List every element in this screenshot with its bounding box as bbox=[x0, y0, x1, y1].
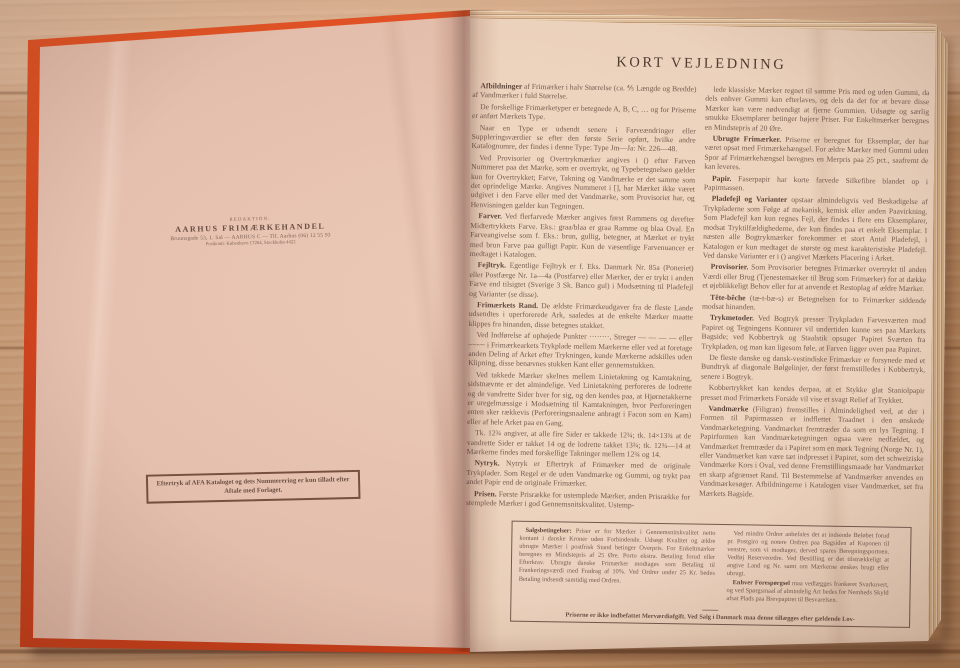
terms-columns: Salgsbetingelser: Priser er for Mærker i… bbox=[518, 527, 903, 606]
paragraph: Naar en Type er udsendt senere i Farveæn… bbox=[471, 123, 695, 155]
sales-terms-box: Salgsbetingelser: Priser er for Mærker i… bbox=[510, 521, 912, 628]
paragraph: Papir. Faserpapir har korte farvede Silk… bbox=[704, 173, 928, 195]
right-page-content: KORT VEJLEDNING Afbildninger af Frimærke… bbox=[466, 52, 930, 517]
paragraph: Enhver Forespørgsel maa vedlægges franke… bbox=[726, 579, 888, 606]
guide-column-right: lede klassiske Mærker regnet til samme P… bbox=[699, 85, 930, 517]
photo-of-open-catalogue: REDAKTION: AARHUS FRIMÆRKEHANDEL Bruunsg… bbox=[0, 0, 960, 668]
terms-column-right: Ved mindre Ordrer anbefales det at indse… bbox=[726, 530, 889, 605]
copyright-notice-text: Eftertryk af AFA Kataloget og dets Numme… bbox=[157, 476, 350, 494]
paragraph: Tête-bêche (tæ-t-bæ-s) er Betegnelsen fo… bbox=[702, 292, 926, 314]
copyright-notice-box: Eftertryk af AFA Kataloget og dets Numme… bbox=[146, 470, 361, 504]
paragraph: De fleste danske og dansk-vestindiske Fr… bbox=[701, 353, 925, 385]
paragraph: lede klassiske Mærker regnet til samme P… bbox=[705, 85, 930, 136]
paragraph: Ubrugte Frimærker. Priserne er beregnet … bbox=[704, 134, 929, 175]
paragraph: Ved mindre Ordrer anbefales det at indse… bbox=[727, 530, 890, 581]
terms-divider bbox=[702, 610, 718, 611]
paragraph: Salgsbetingelser: Priser er for Mærker i… bbox=[519, 527, 716, 587]
paragraph: Provisorier. Som Provisorier betegnes Fr… bbox=[702, 262, 926, 294]
paragraph: De forskellige Frimærketyper er betegned… bbox=[472, 102, 696, 124]
paragraph: Pladefejl og Varianter opstaar almindeli… bbox=[703, 194, 928, 263]
publisher-block: REDAKTION: AARHUS FRIMÆRKEHANDEL Bruunsg… bbox=[140, 215, 361, 248]
paragraph: Kobbertrykket kan kendes derpaa, at et S… bbox=[701, 383, 925, 405]
paragraph: Afbildninger af Frimærker i halv Størrel… bbox=[472, 81, 696, 103]
paragraph: Vandmærke (Filigran) fremstilles i Almin… bbox=[699, 404, 924, 502]
vat-note: Priserne er ikke indbefattet Merværdiafg… bbox=[511, 611, 909, 624]
left-page-content: REDAKTION: AARHUS FRIMÆRKEHANDEL Bruunsg… bbox=[40, 30, 484, 640]
terms-column-left: Salgsbetingelser: Priser er for Mærker i… bbox=[518, 527, 715, 603]
guide-columns: Afbildninger af Frimærker i halv Størrel… bbox=[466, 81, 930, 517]
paragraph: Trykmetoder. Ved Bogtryk presser Trykpla… bbox=[701, 313, 926, 354]
